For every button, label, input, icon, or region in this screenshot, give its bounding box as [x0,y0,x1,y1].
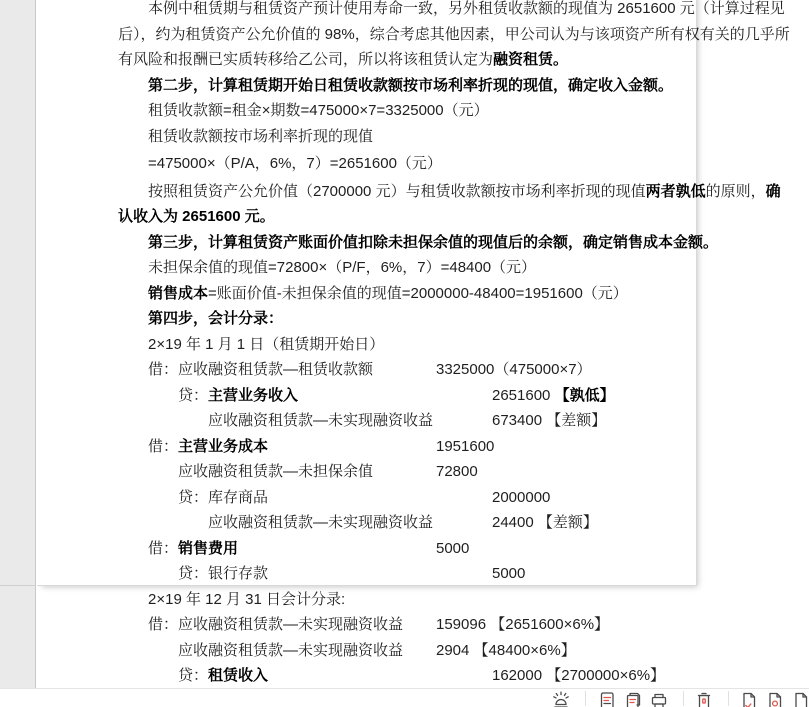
doc-line: 应收融资租赁款—未实现融资收益24400 【差额】 [118,510,786,536]
doc-line: 贷：租赁收入162000 【2700000×6%】 [118,663,786,689]
text-run: 两者孰低 [646,183,706,200]
entry-amount: 5000 [492,561,525,587]
text-run: 销售费用 [178,540,238,557]
text-run: 按照租赁资产公允价值（2700000 元）与租赁收款额按市场利率折现的现值 [148,183,646,200]
doc-line: 借：应收融资租赁款—未实现融资收益159096 【2651600×6%】 [118,612,786,638]
document-content: 本例中租赁期与租赁资产预计使用寿命一致，另外租赁收款额的现值为 2651600 … [118,0,786,689]
doc-line: 未担保余值的现值=72800×（P/F，6%，7）=48400（元） [118,255,786,281]
eye-protection-lamp-icon[interactable] [551,691,571,707]
toolbar-separator [728,691,729,706]
text-run: 本例中租赁期与租赁资产预计使用寿命一致，另外租赁收款额的现值为 2651600 … [148,0,785,17]
text-run: 2904 【48400×6%】 [436,642,576,659]
text-run: 贷： [178,667,208,684]
text-run: 借：应收融资租赁款—未实现融资收益 [148,616,403,633]
text-run: 借：应收融资租赁款—租赁收款额 [148,361,373,378]
trash-icon[interactable] [694,691,714,707]
doc-line: 贷：银行存款5000 [118,561,786,587]
entry-amount: 1951600 [436,434,494,460]
text-run: 借： [148,540,178,557]
text-run: =账面价值-未担保余值的现值=2000000-48400=1951600（元） [208,285,628,302]
page-break-line [0,585,36,586]
text-run: 主营业务收入 [208,387,298,404]
entry-amount: 673400 【差额】 [492,408,606,434]
entry-amount: 24400 【差额】 [492,510,598,536]
export-doc-icon[interactable] [739,691,759,707]
text-run: =475000×（P/A，6%，7）=2651600（元） [148,155,442,172]
plain-doc-icon[interactable] [791,691,809,707]
text-run: 2×19 年 1 月 1 日（租赁期开始日） [148,336,384,353]
text-run: 应收融资租赁款—未实现融资收益 [208,514,433,531]
text-run: 【孰低】 [555,387,615,404]
doc-line: 应收融资租赁款—未实现融资收益2904 【48400×6%】 [118,638,786,664]
doc-line: 2×19 年 12 月 31 日会计分录: [118,587,786,613]
text-run: 销售成本 [148,285,208,302]
annotate-doc-icon[interactable] [597,691,617,707]
doc-line: 后），约为租赁资产公允价值的 98%，综合考虑其他因素，甲公司认为与该项资产所有… [118,22,786,48]
text-run: 162000 【2700000×6%】 [492,667,665,684]
doc-line: 借：应收融资租赁款—租赁收款额3325000（475000×7） [118,357,786,383]
text-run: 有风险和报酬已实质转移给乙公司，所以将该租赁认定为 [118,51,493,68]
doc-line: 第三步，计算租赁资产账面价值扣除未担保余值的现值后的余额，确定销售成本金额。 [118,230,786,256]
doc-line: 贷：主营业务收入2651600 【孰低】 [118,383,786,409]
doc-line: 2×19 年 1 月 1 日（租赁期开始日） [118,332,786,358]
text-run: 应收融资租赁款—未实现融资收益 [178,642,403,659]
bottom-toolbar [0,688,809,707]
text-run: 贷： [178,387,208,404]
text-run: 第四步，会计分录： [148,310,283,327]
text-run: 1951600 [436,438,494,455]
text-run: 第三步，计算租赁资产账面价值扣除未担保余值的现值后的余额，确定销售成本金额。 [148,234,718,251]
doc-line: 租赁收款额按市场利率折现的现值 [118,124,786,150]
doc-line: 销售成本=账面价值-未担保余值的现值=2000000-48400=1951600… [118,281,786,307]
text-run: 租赁收款额按市场利率折现的现值 [148,128,373,145]
entry-amount: 159096 【2651600×6%】 [436,612,609,638]
doc-line: =475000×（P/A，6%，7）=2651600（元） [118,151,786,177]
text-run: 融资租赁。 [493,51,568,68]
entry-amount: 5000 [436,536,469,562]
text-run: 租赁收款额=租金×期数=475000×7=3325000（元） [148,102,489,119]
doc-line: 第二步，计算租赁期开始日租赁收款额按市场利率折现的现值，确定收入金额。 [118,73,786,99]
doc-line: 应收融资租赁款—未担保余值72800 [118,459,786,485]
entry-amount: 2651600 【孰低】 [492,383,615,409]
text-run: 第二步，计算租赁期开始日租赁收款额按市场利率折现的现值，确定收入金额。 [148,77,673,94]
text-run: 2×19 年 12 月 31 日会计分录: [148,591,345,608]
text-run: 24400 【差额】 [492,514,598,531]
text-run: 主营业务成本 [178,438,268,455]
entry-amount: 2904 【48400×6%】 [436,638,576,664]
text-run: 5000 [436,540,469,557]
toolbar-separator [585,691,586,706]
text-run: 贷：库存商品 [178,489,268,506]
doc-line: 租赁收款额=租金×期数=475000×7=3325000（元） [118,98,786,124]
doc-line: 借：主营业务成本1951600 [118,434,786,460]
printer-icon[interactable] [649,691,669,707]
stamped-doc-icon[interactable] [765,691,785,707]
text-run: 673400 【差额】 [492,412,606,429]
entry-amount: 162000 【2700000×6%】 [492,663,665,689]
doc-line: 第四步，会计分录： [118,306,786,332]
entry-amount: 72800 [436,459,478,485]
text-run: 后），约为租赁资产公允价值的 98%，综合考虑其他因素，甲公司认为与该项资产所有… [118,26,790,43]
text-run: 159096 【2651600×6%】 [436,616,609,633]
text-run: 3325000（475000×7） [436,361,592,378]
text-run: 未担保余值的现值=72800×（P/F，6%，7）=48400（元） [148,259,536,276]
text-run: 借： [148,438,178,455]
doc-line: 认收入为 2651600 元。 [118,204,786,230]
doc-line: 按照租赁资产公允价值（2700000 元）与租赁收款额按市场利率折现的现值两者孰… [118,179,786,205]
app-window: 本例中租赁期与租赁资产预计使用寿命一致，另外租赁收款额的现值为 2651600 … [0,0,809,707]
doc-line: 本例中租赁期与租赁资产预计使用寿命一致，另外租赁收款额的现值为 2651600 … [118,0,786,22]
text-run: 2651600 [492,387,555,404]
text-run: 2000000 [492,489,550,506]
text-run: 72800 [436,463,478,480]
text-run: 贷：银行存款 [178,565,268,582]
entry-amount: 3325000（475000×7） [436,357,592,383]
copy-doc-icon[interactable] [623,691,643,707]
text-run: 应收融资租赁款—未实现融资收益 [208,412,433,429]
entry-amount: 2000000 [492,485,550,511]
text-run: 租赁收入 [208,667,268,684]
text-run: 5000 [492,565,525,582]
text-run: 应收融资租赁款—未担保余值 [178,463,373,480]
doc-line: 贷：库存商品2000000 [118,485,786,511]
toolbar-separator [683,691,684,706]
doc-line: 有风险和报酬已实质转移给乙公司，所以将该租赁认定为融资租赁。 [118,47,786,73]
doc-line: 应收融资租赁款—未实现融资收益673400 【差额】 [118,408,786,434]
text-run: 的原则， [706,183,766,200]
text-run: 认收入为 2651600 元。 [118,208,275,225]
doc-line: 借：销售费用5000 [118,536,786,562]
text-run: 确 [766,183,781,200]
